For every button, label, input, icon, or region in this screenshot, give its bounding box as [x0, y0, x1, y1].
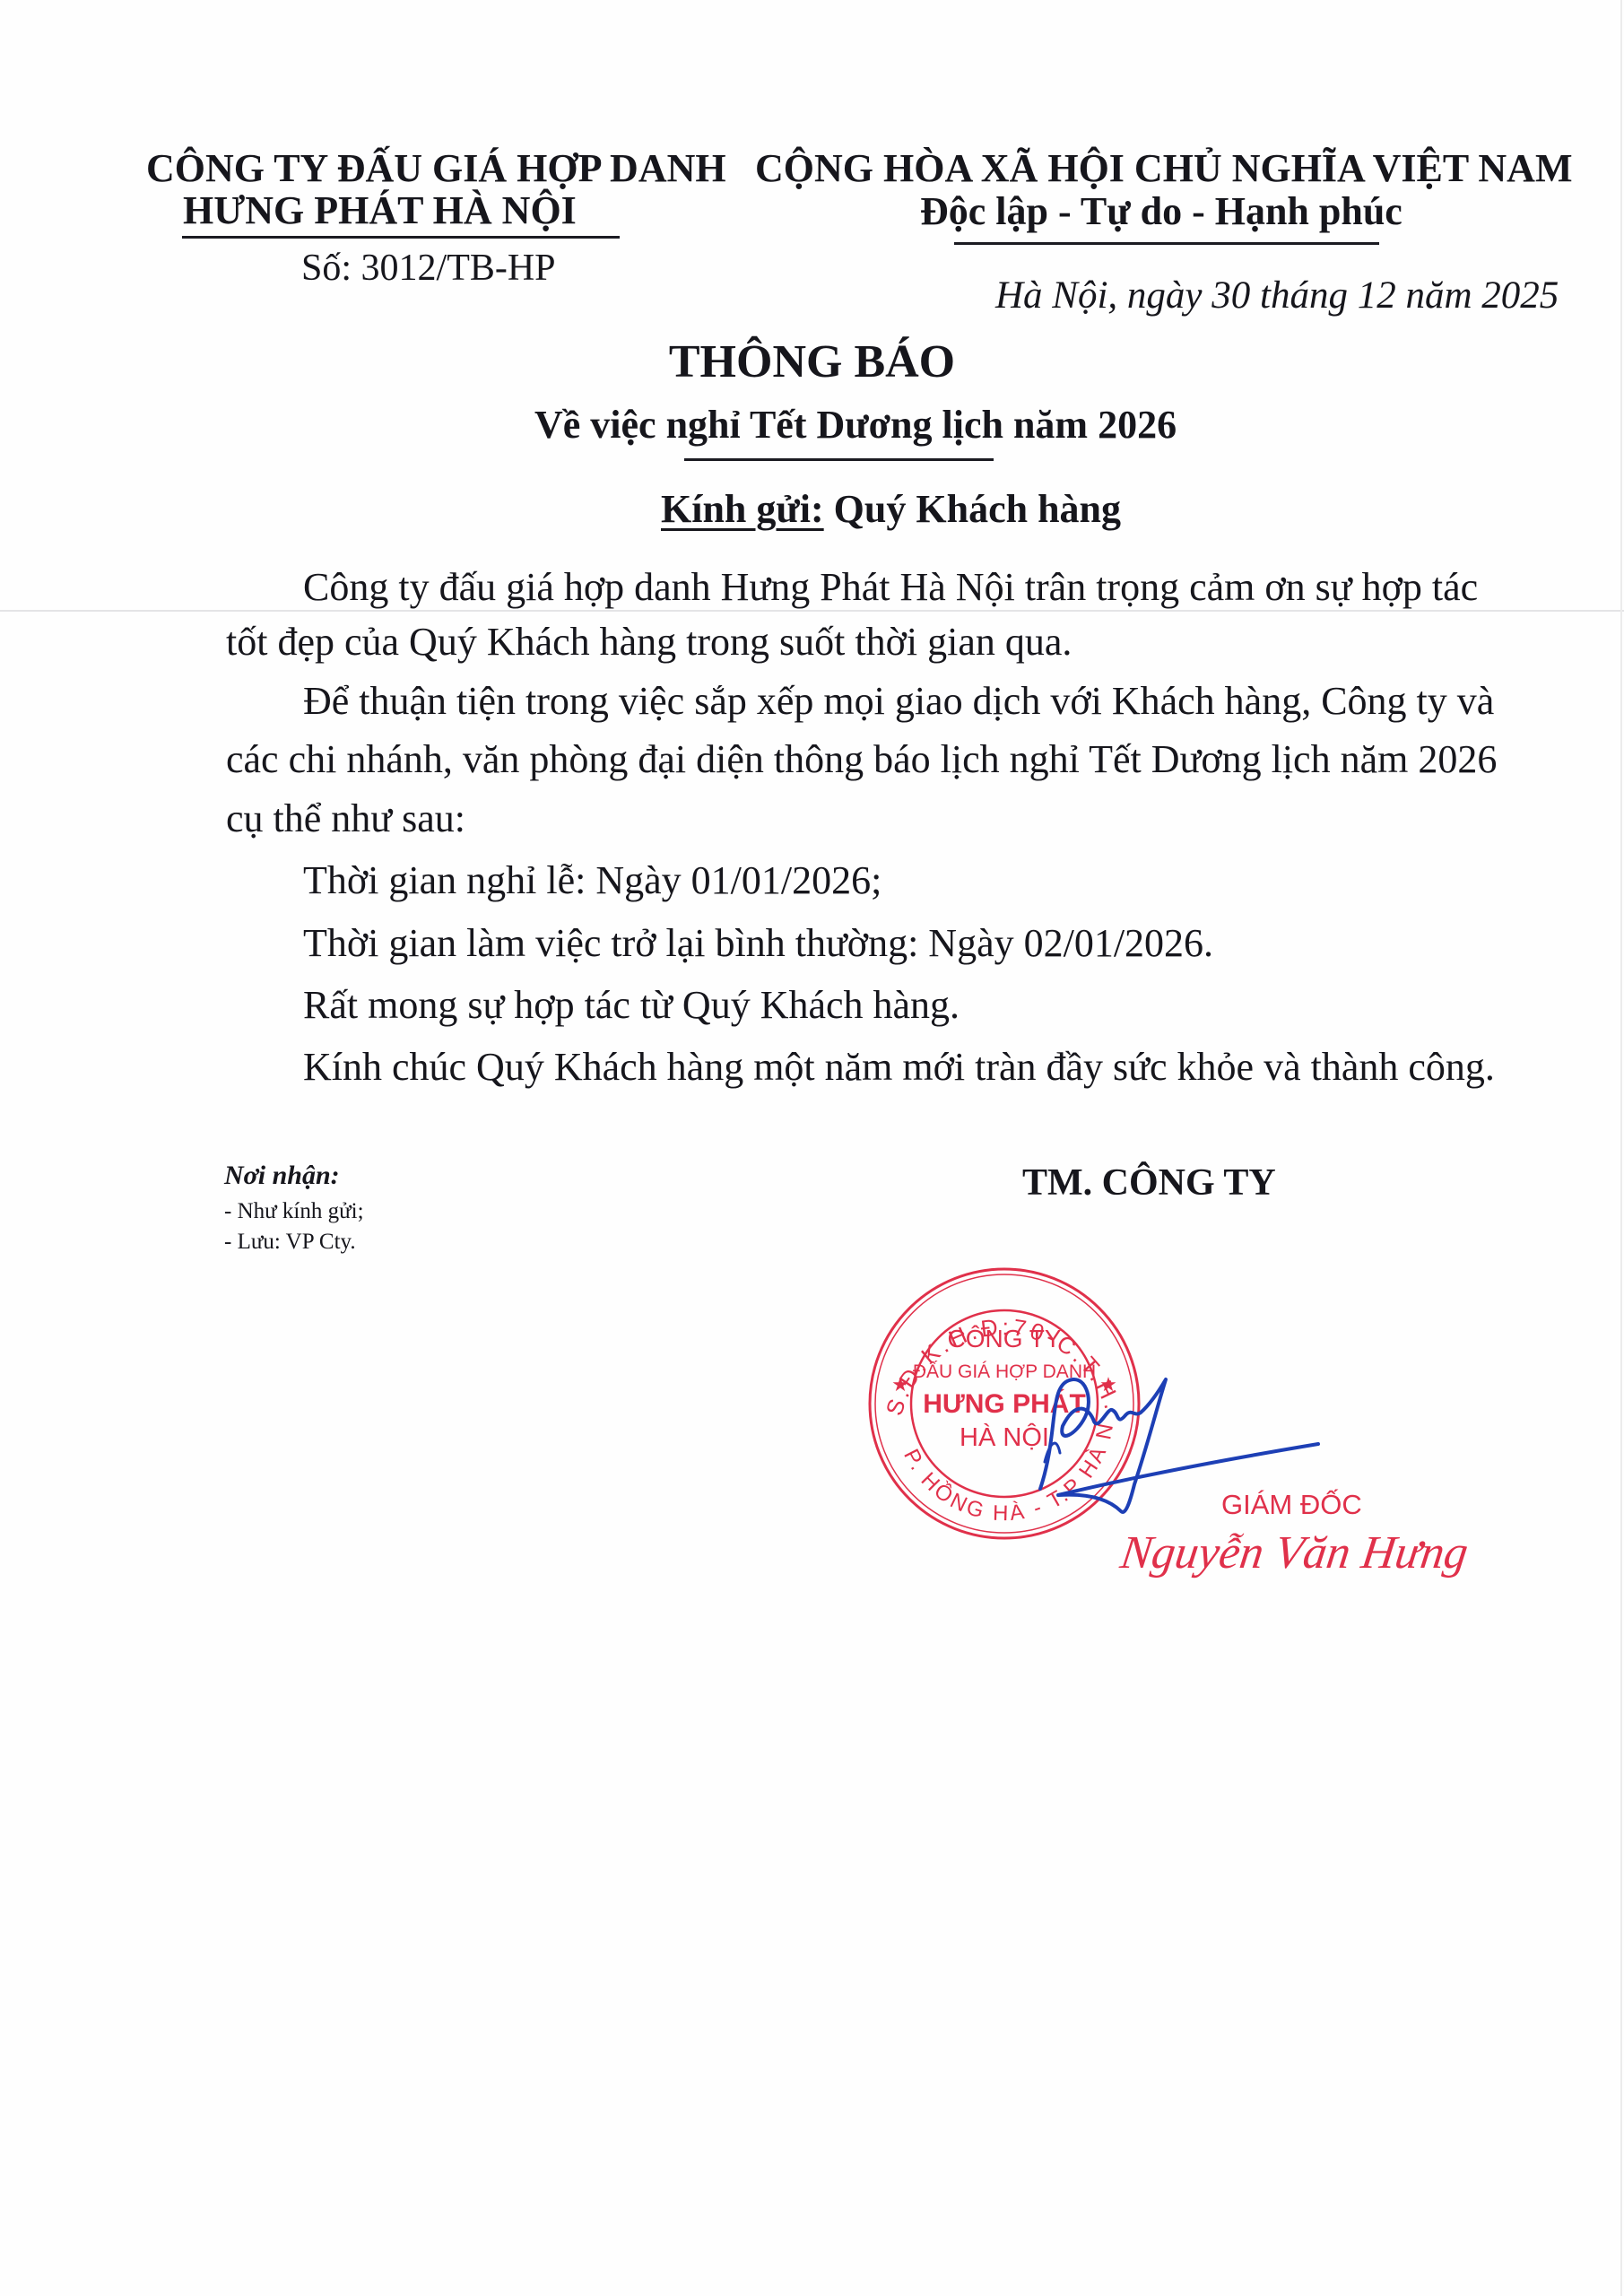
subject-underline: [684, 458, 994, 461]
body-line: các chi nhánh, văn phòng đại diện thông …: [226, 740, 1497, 779]
motto-underline: [954, 242, 1379, 245]
recipient-item: - Như kính gửi;: [224, 1200, 364, 1222]
nation-title: CỘNG HÒA XÃ HỘI CHỦ NGHĨA VIỆT NAM: [755, 149, 1572, 188]
org-underline: [182, 236, 620, 239]
recipient-item: - Lưu: VP Cty.: [224, 1231, 356, 1253]
recipients-label: Nơi nhận:: [224, 1162, 340, 1189]
svg-text:★: ★: [891, 1373, 909, 1396]
addressee-value: Quý Khách hàng: [834, 487, 1121, 531]
director-name: Nguyễn Văn Hưng: [1117, 1530, 1471, 1577]
document-page: CÔNG TY ĐẤU GIÁ HỢP DANH HƯNG PHÁT HÀ NỘ…: [0, 0, 1624, 2296]
body-line: tốt đẹp của Quý Khách hàng trong suốt th…: [226, 622, 1072, 662]
scan-artifact-line: [0, 610, 1624, 612]
addressee-label: Kính gửi:: [661, 487, 824, 531]
document-title: THÔNG BÁO: [0, 339, 1624, 386]
org-name-line2: HƯNG PHÁT HÀ NỘI: [183, 191, 577, 230]
doc-number: Số: 3012/TB-HP: [301, 249, 556, 287]
return-date-line: Thời gian làm việc trở lại bình thường: …: [303, 924, 1213, 963]
nation-motto: Độc lập - Tự do - Hạnh phúc: [920, 192, 1403, 231]
addressee-line: Kính gửi: Quý Khách hàng: [661, 490, 1121, 529]
on-behalf-label: TM. CÔNG TY: [1022, 1164, 1276, 1202]
director-title: GIÁM ĐỐC: [1221, 1491, 1362, 1518]
document-subject: Về việc nghỉ Tết Dương lịch năm 2026: [534, 405, 1177, 445]
place-date: Hà Nội, ngày 30 tháng 12 năm 2025: [995, 276, 1559, 315]
body-line: Kính chúc Quý Khách hàng một năm mới trà…: [303, 1048, 1495, 1087]
body-line: Rất mong sự hợp tác từ Quý Khách hàng.: [303, 986, 960, 1025]
body-line: cụ thể như sau:: [226, 799, 465, 839]
holiday-date-line: Thời gian nghỉ lễ: Ngày 01/01/2026;: [303, 861, 881, 900]
body-line: Công ty đấu giá hợp danh Hưng Phát Hà Nộ…: [303, 568, 1478, 607]
org-name-line1: CÔNG TY ĐẤU GIÁ HỢP DANH: [146, 149, 726, 188]
body-line: Để thuận tiện trong việc sắp xếp mọi gia…: [303, 682, 1494, 721]
